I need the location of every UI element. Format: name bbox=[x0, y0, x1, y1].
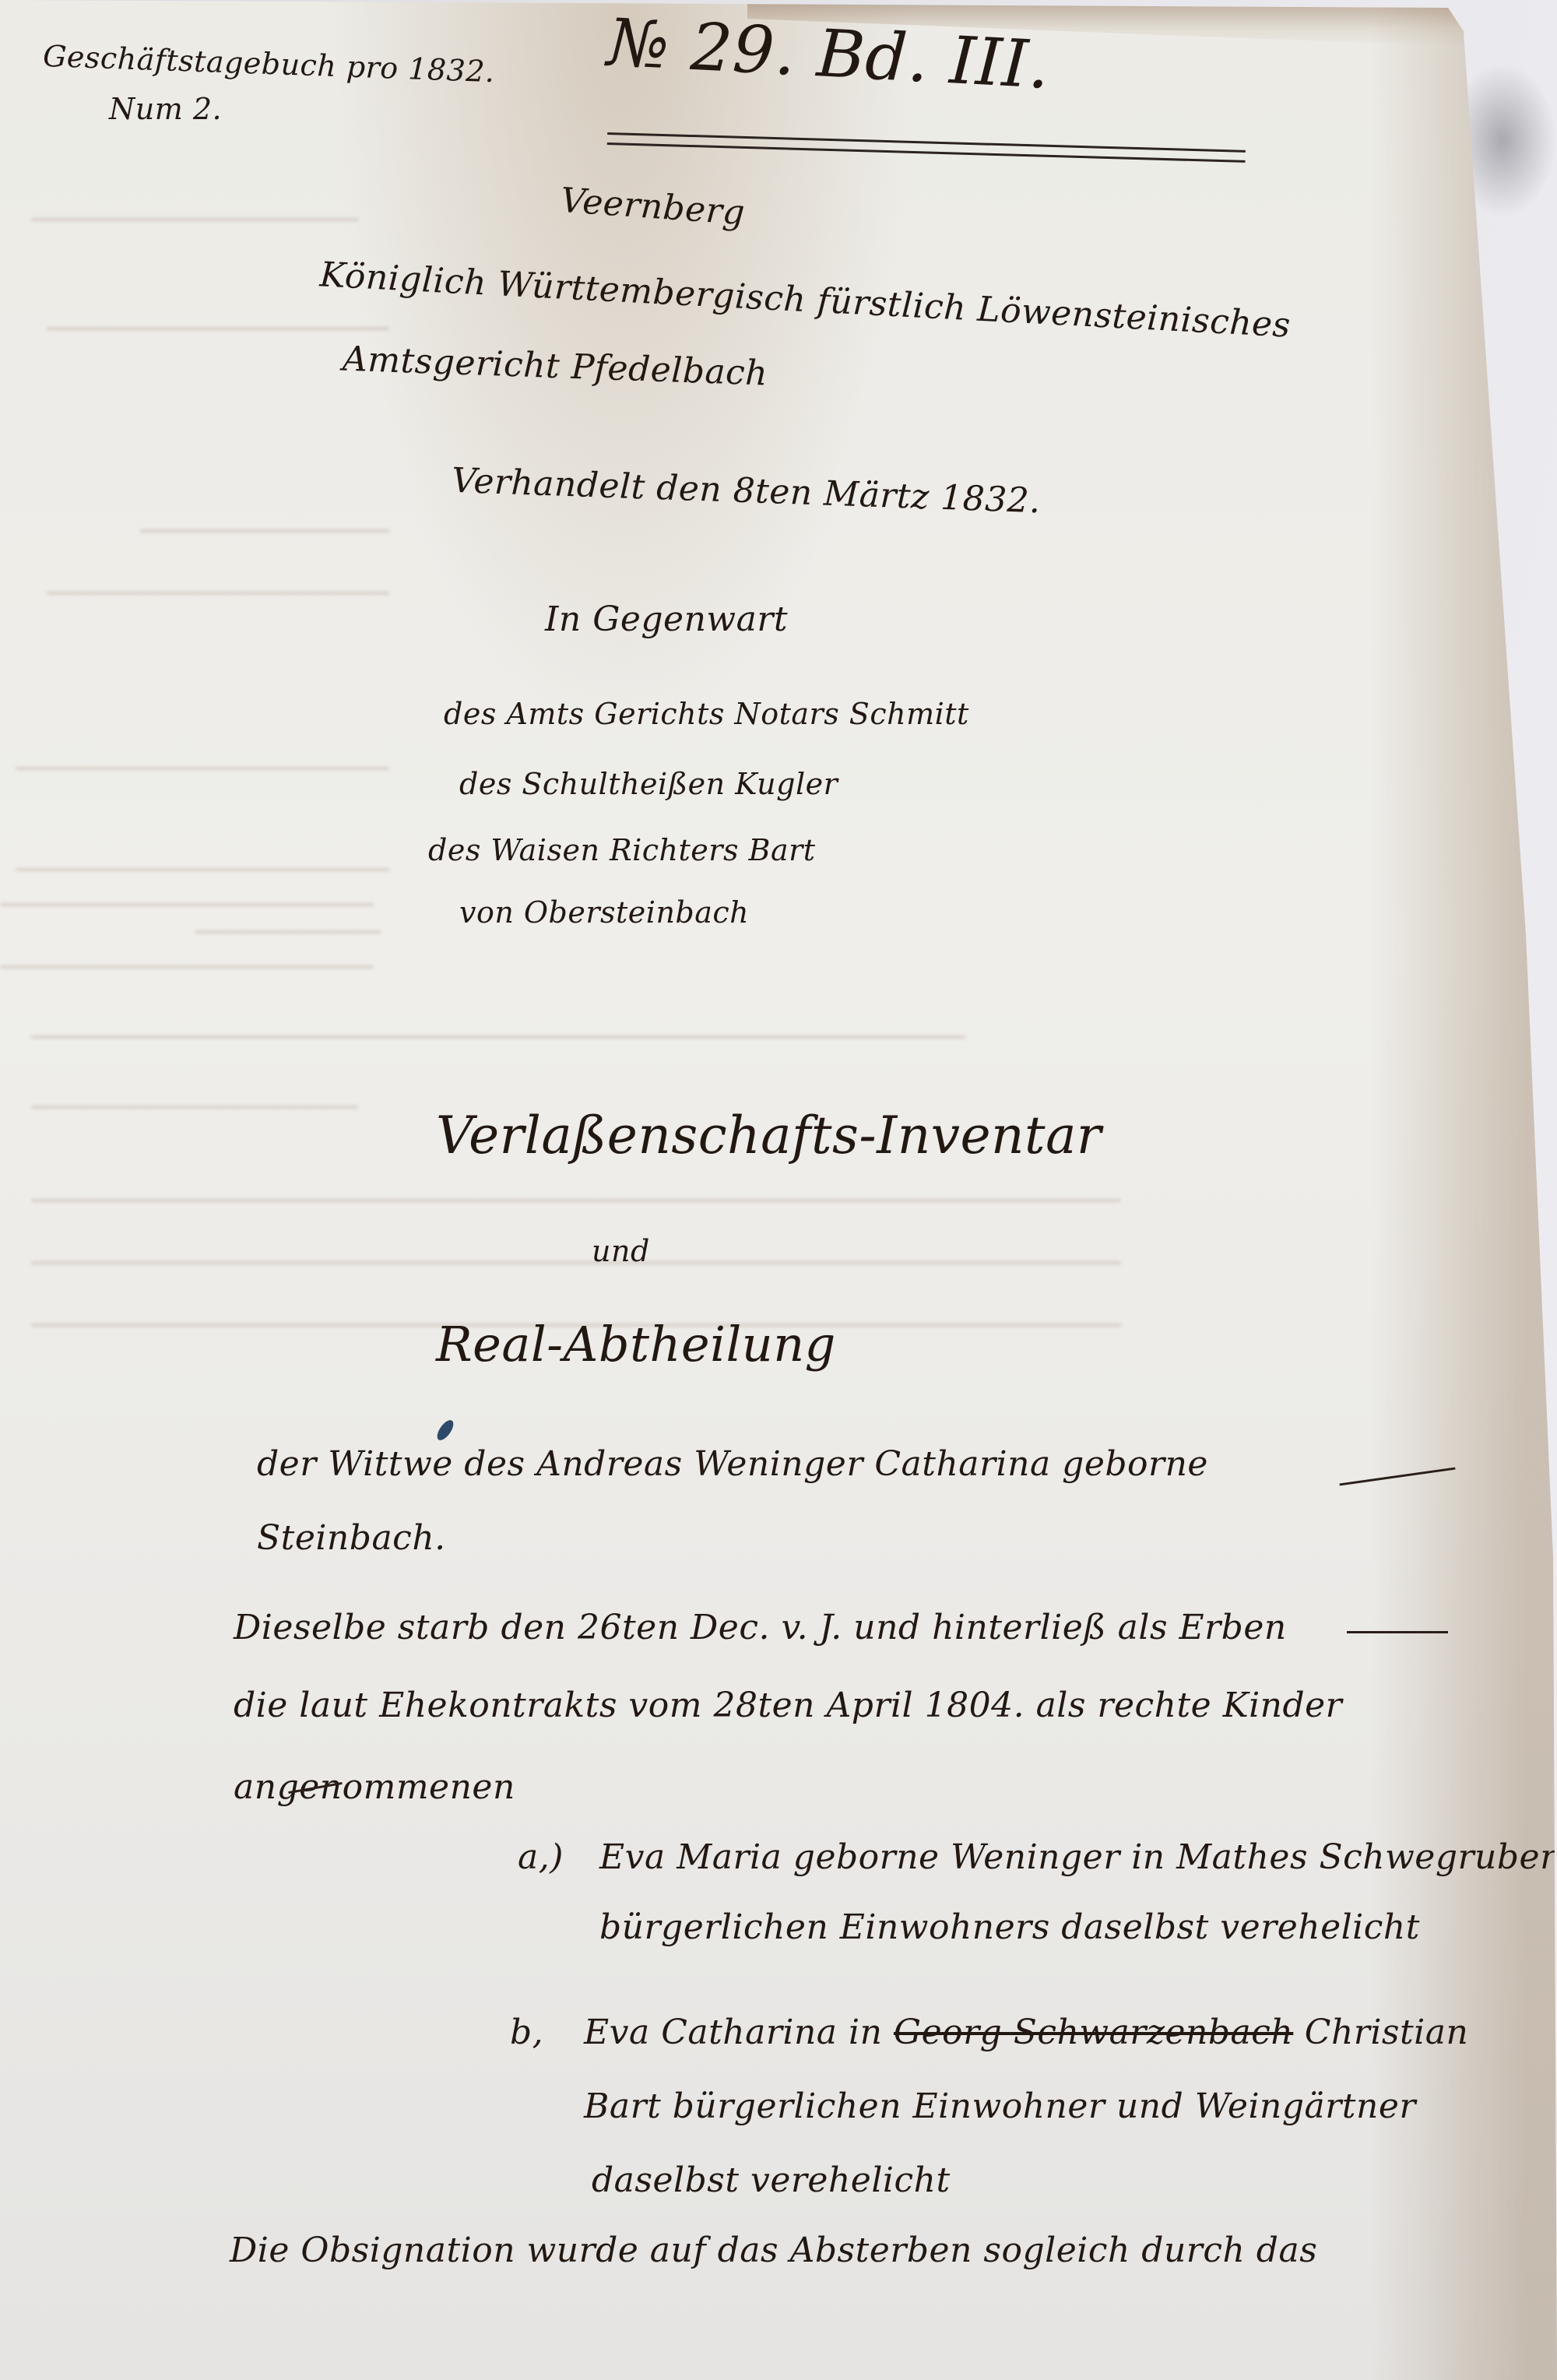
court-line-2: Amtsgericht Pfedelbach bbox=[342, 339, 768, 393]
heir-a-label: a,) bbox=[518, 1837, 564, 1877]
register-number: Num 2. bbox=[109, 92, 222, 126]
heir-b-label: b, bbox=[510, 2013, 543, 2052]
file-number-underline bbox=[607, 132, 1246, 163]
bleed-through-line bbox=[31, 1035, 965, 1039]
body-line-2: Steinbach. bbox=[257, 1518, 446, 1558]
connector-word: und bbox=[592, 1234, 650, 1268]
bleed-through-line bbox=[140, 529, 389, 533]
bleed-through-line bbox=[47, 592, 389, 595]
bleed-through-line bbox=[47, 327, 389, 330]
line-filler-dash bbox=[1347, 1631, 1448, 1633]
bleed-through-line bbox=[195, 930, 381, 933]
heir-a-line-2: bürgerlichen Einwohners daselbst verehel… bbox=[599, 1907, 1420, 1947]
heir-b-line-3: daselbst verehelicht bbox=[592, 2160, 951, 2200]
bleed-through-line bbox=[0, 965, 374, 969]
present-person-1: des Amts Gerichts Notars Schmitt bbox=[444, 697, 969, 731]
struck-through-name: Georg Schwarzenbach bbox=[894, 2013, 1293, 2052]
heir-b-line-2: Bart bürgerlichen Einwohner und Weingärt… bbox=[584, 2086, 1416, 2126]
heir-b-line-1-end: Christian bbox=[1305, 2013, 1469, 2052]
present-person-4: von Obersteinbach bbox=[459, 895, 749, 930]
place-name: Veernberg bbox=[560, 181, 747, 233]
bleed-through-line bbox=[16, 868, 389, 871]
closing-line: Die Obsignation wurde auf das Absterben … bbox=[230, 2231, 1317, 2270]
present-person-2: des Schultheißen Kugler bbox=[459, 767, 838, 801]
bleed-through-line bbox=[31, 1106, 358, 1109]
heir-a-line-1: Eva Maria geborne Weninger in Mathes Sch… bbox=[599, 1837, 1557, 1877]
bleed-through-line bbox=[31, 1199, 1121, 1202]
date-line: Verhandelt den 8ten Märtz 1832. bbox=[451, 461, 1041, 521]
body-line-5: angenommenen bbox=[234, 1767, 515, 1807]
document-title: Verlaßenschafts-Inventar bbox=[436, 1106, 1102, 1165]
document-subtitle: Real-Abtheilung bbox=[436, 1316, 836, 1373]
manuscript-page: Geschäftstagebuch pro 1832. Num 2. № 29.… bbox=[0, 0, 1557, 2380]
present-person-3: des Waisen Richters Bart bbox=[428, 833, 816, 867]
heir-b-line-1-start: Eva Catharina in bbox=[584, 2013, 882, 2052]
body-line-4: die laut Ehekontrakts vom 28ten April 18… bbox=[234, 1686, 1342, 1725]
bleed-through-line bbox=[31, 1261, 1121, 1264]
body-line-1: der Wittwe des Andreas Weninger Catharin… bbox=[257, 1444, 1208, 1484]
bleed-through-line bbox=[16, 767, 389, 770]
court-line-1: Königlich Württembergisch fürstlich Löwe… bbox=[319, 255, 1292, 345]
body-line-3: Dieselbe starb den 26ten Dec. v. J. und … bbox=[234, 1608, 1287, 1647]
bleed-through-line bbox=[31, 218, 358, 221]
bleed-through-line bbox=[0, 903, 374, 906]
register-note: Geschäftstagebuch pro 1832. bbox=[42, 39, 495, 89]
presence-heading: In Gegenwart bbox=[545, 599, 788, 639]
line-filler-dash bbox=[1340, 1468, 1456, 1486]
blue-ink-mark bbox=[434, 1418, 457, 1443]
